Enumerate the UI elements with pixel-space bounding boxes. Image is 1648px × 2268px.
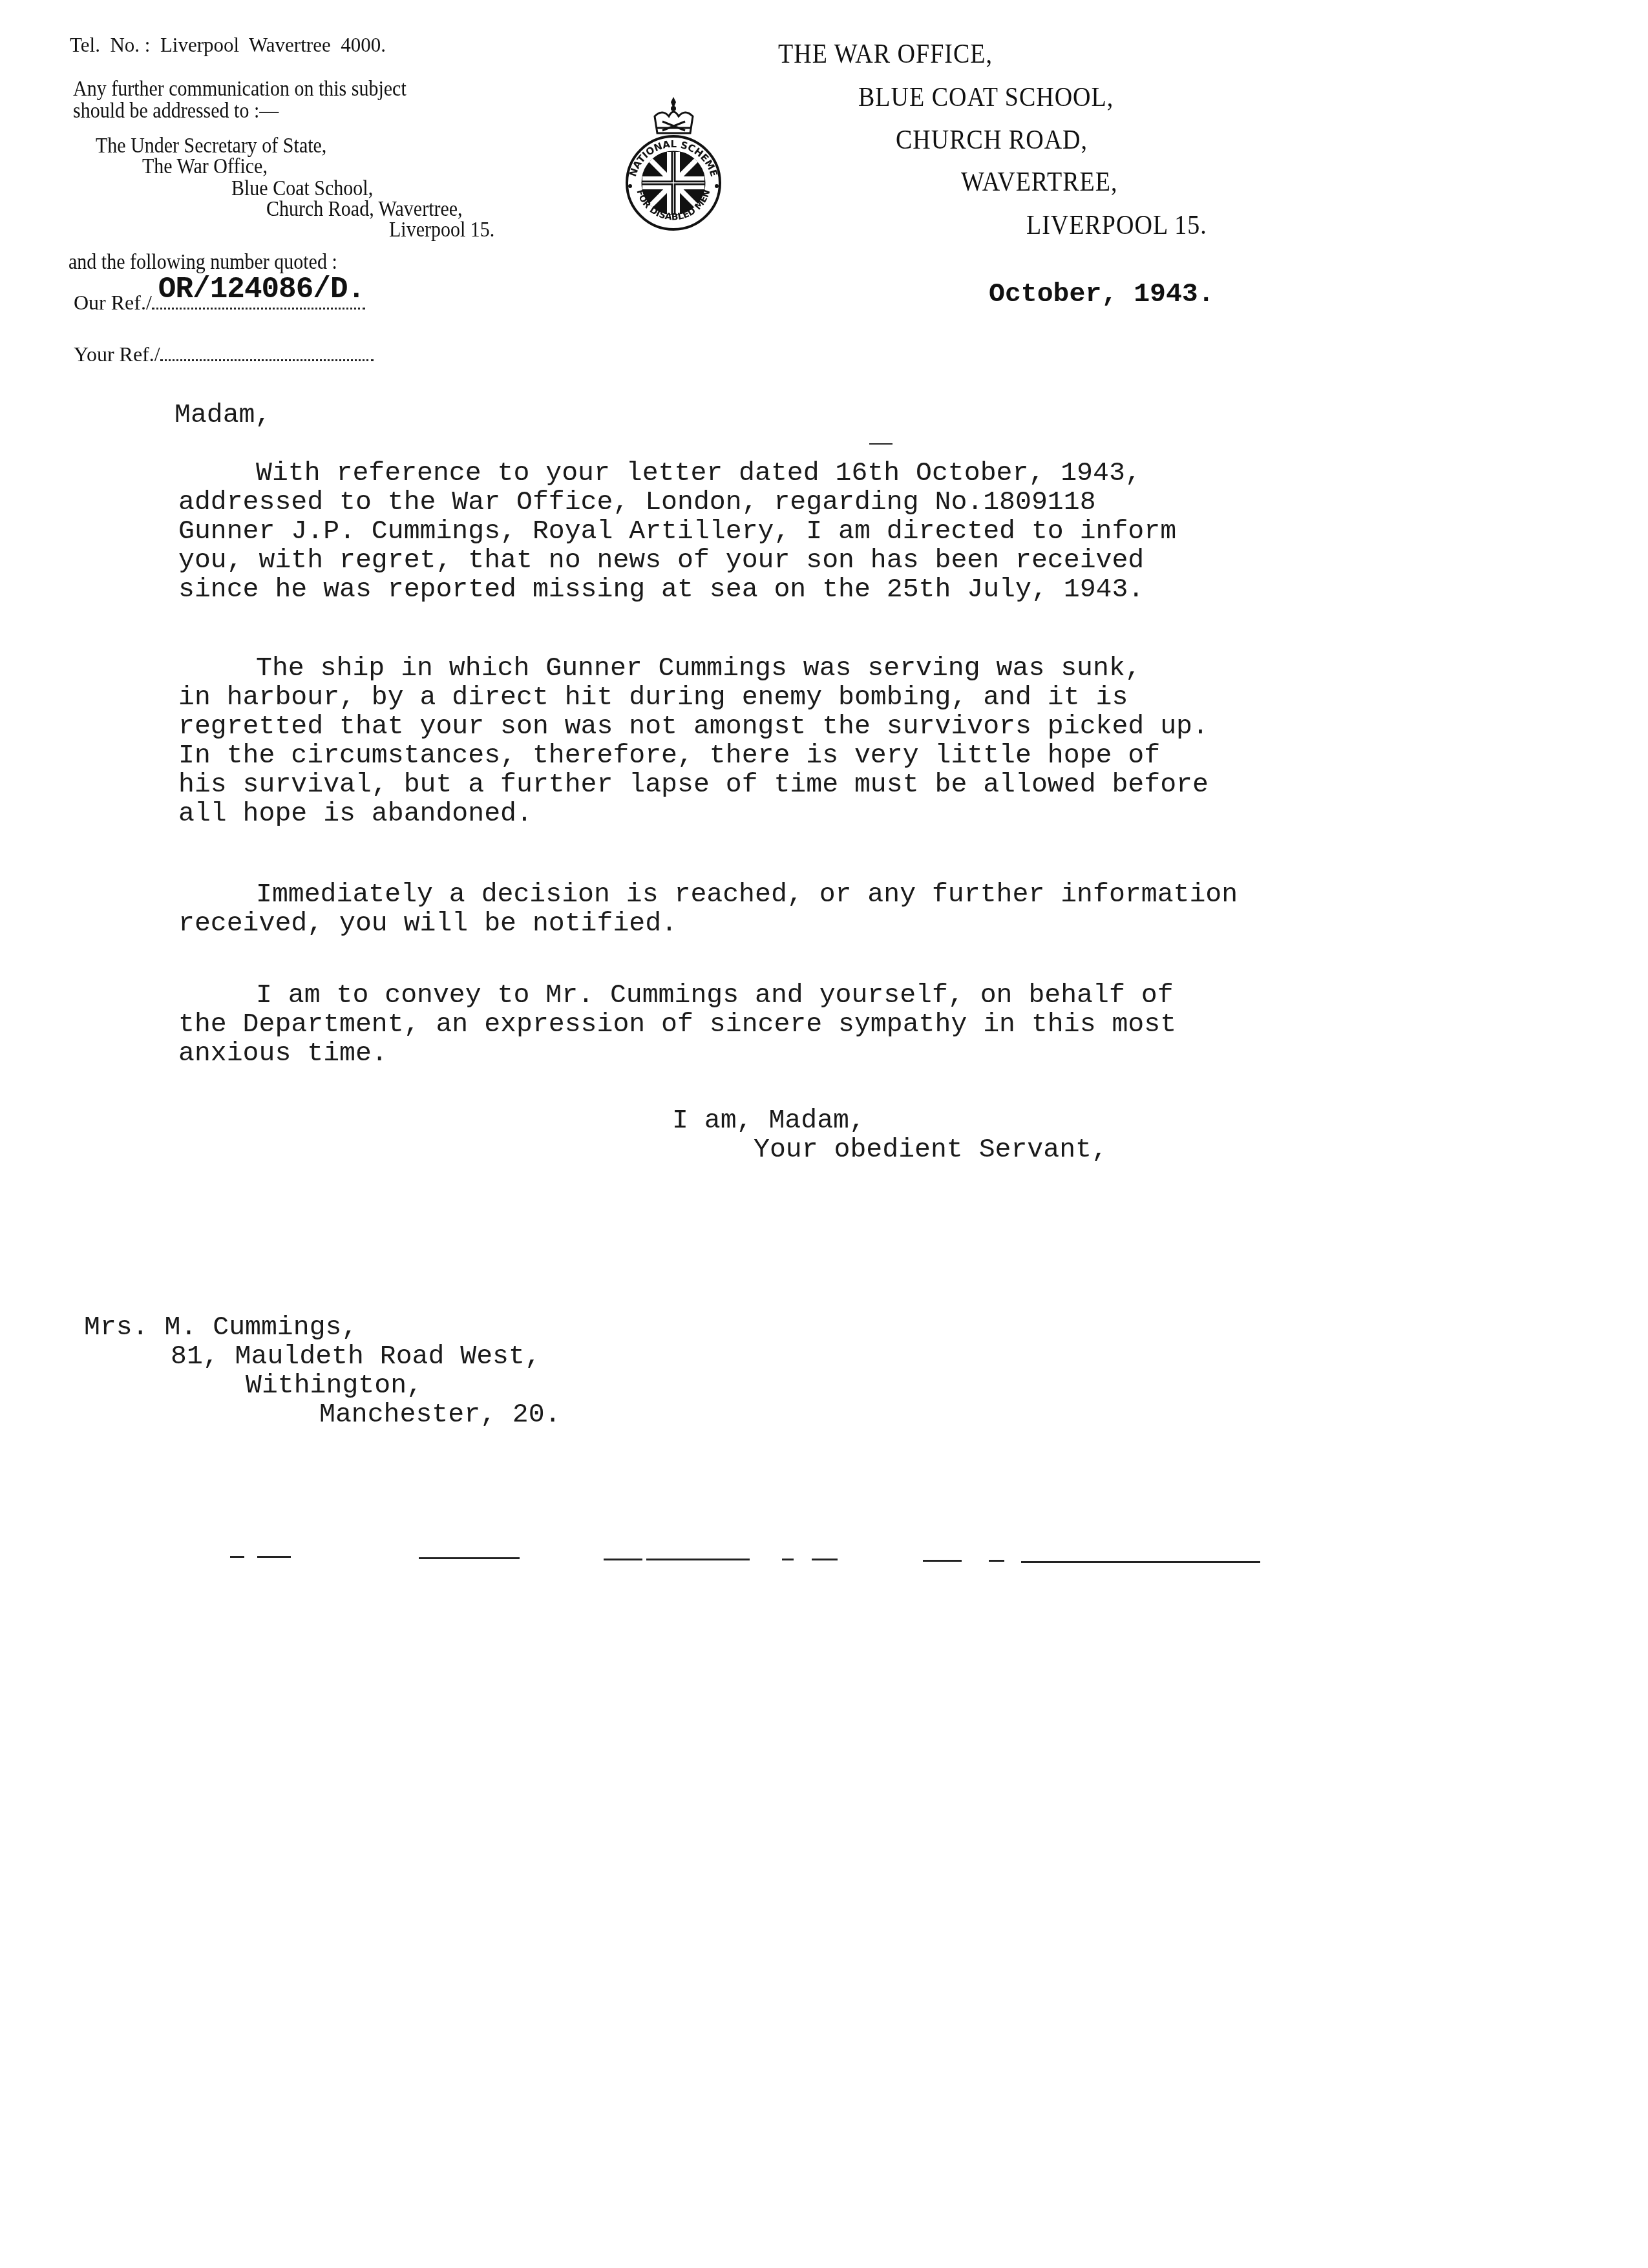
instruction-line-2: should be addressed to :— <box>73 101 279 122</box>
instruction-line-1: Any further communication on this subjec… <box>73 79 407 100</box>
office-address-line-1: THE WAR OFFICE, <box>778 39 993 70</box>
return-address-line-2: The War Office, <box>142 156 268 178</box>
body-p2-line-3: regretted that your son was not amongst … <box>178 712 1209 741</box>
body-p2-line-5: his survival, but a further lapse of tim… <box>178 770 1209 799</box>
dash-mark <box>782 1559 794 1560</box>
body-p3-line-2: received, you will be notified. <box>178 909 677 938</box>
body-p3-line-1: Immediately a decision is reached, or an… <box>256 880 1238 909</box>
return-address-line-1: The Under Secretary of State, <box>96 136 326 157</box>
return-address-line-5: Liverpool 15. <box>389 220 494 241</box>
body-p1-line-2: addressed to the War Office, London, reg… <box>178 488 1096 517</box>
body-p1-line-4: you, with regret, that no news of your s… <box>178 546 1144 575</box>
your-ref-field: Your Ref./ <box>69 331 374 366</box>
our-ref-dotted-line: OR/124086/D. <box>152 308 365 310</box>
recipient-district: Withington, <box>246 1371 423 1400</box>
body-p2-line-6: all hope is abandoned. <box>178 799 533 828</box>
salutation: Madam, <box>174 401 271 430</box>
body-p4-line-3: anxious time. <box>178 1039 388 1068</box>
dash-mark <box>604 1559 642 1560</box>
body-p2-line-4: In the circumstances, therefore, there i… <box>178 741 1160 770</box>
recipient-city: Manchester, 20. <box>319 1400 561 1429</box>
office-address-line-3: CHURCH ROAD, <box>896 125 1088 156</box>
closing-line-2: Your obedient Servant, <box>754 1135 1108 1164</box>
return-address-line-4: Church Road, Wavertree, <box>266 199 463 220</box>
closing-line-1: I am, Madam, <box>672 1106 865 1135</box>
dash-mark <box>1021 1561 1260 1563</box>
recipient-name: Mrs. M. Cummings, <box>84 1313 357 1342</box>
body-p2-line-1: The ship in which Gunner Cummings was se… <box>256 654 1141 683</box>
our-ref-label: Our Ref./ <box>74 291 152 314</box>
stray-mark <box>869 443 893 445</box>
dash-mark <box>230 1556 244 1558</box>
our-ref-value: OR/124086/D. <box>158 273 364 306</box>
dash-mark <box>989 1560 1004 1562</box>
our-ref-field: Our Ref./OR/124086/D. <box>69 279 365 315</box>
return-address-line-3: Blue Coat School, <box>231 178 373 200</box>
dash-mark <box>923 1560 962 1562</box>
recipient-street: 81, Mauldeth Road West, <box>171 1342 541 1371</box>
body-p2-line-2: in harbour, by a direct hit during enemy… <box>178 683 1128 712</box>
body-p4-line-2: the Department, an expression of sincere… <box>178 1010 1176 1039</box>
quote-instruction: and the following number quoted : <box>69 252 337 273</box>
office-address-line-5: LIVERPOOL 15. <box>1026 210 1207 241</box>
dash-mark <box>419 1557 520 1559</box>
body-p1-line-1: With reference to your letter dated 16th… <box>256 459 1141 488</box>
body-p1-line-5: since he was reported missing at sea on … <box>178 575 1144 604</box>
body-p4-line-1: I am to convey to Mr. Cummings and yours… <box>256 981 1174 1010</box>
your-ref-label: Your Ref./ <box>74 342 160 366</box>
office-address-line-2: BLUE COAT SCHOOL, <box>858 82 1114 113</box>
letter-date: October, 1943. <box>989 279 1214 310</box>
dash-mark <box>257 1556 291 1558</box>
body-p1-line-3: Gunner J.P. Cummings, Royal Artillery, I… <box>178 517 1176 546</box>
telephone-number: Tel. No. : Liverpool Wavertree 4000. <box>70 34 386 57</box>
your-ref-dotted-line <box>160 359 374 361</box>
dash-mark <box>646 1559 750 1560</box>
national-scheme-crest-icon: NATIONAL SCHEME FOR DISABLED MEN <box>617 83 730 233</box>
office-address-line-4: WAVERTREE, <box>961 167 1117 198</box>
dash-mark <box>812 1559 838 1560</box>
